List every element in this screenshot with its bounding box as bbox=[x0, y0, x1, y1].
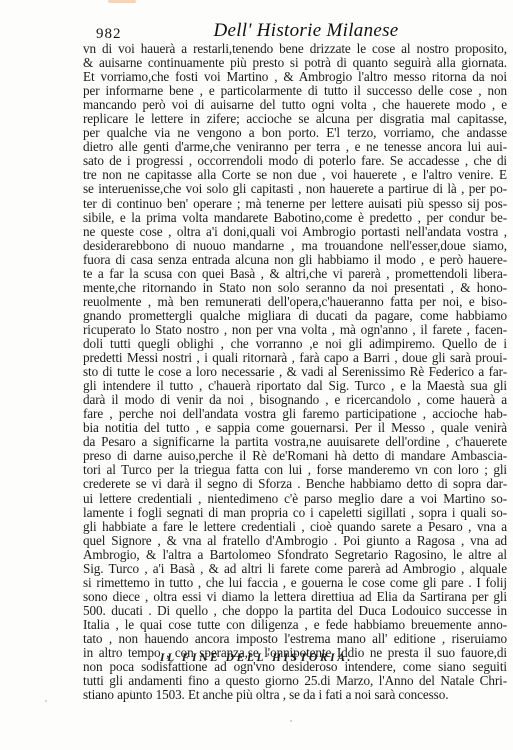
text-line: fare , perche noi dell'andata vostra gli… bbox=[83, 407, 507, 421]
text-line: gnando promettergli qualche migliara di … bbox=[83, 309, 507, 323]
text-line: gli intendere il tutto , c'hauerà riport… bbox=[83, 379, 507, 393]
text-line: mancando però voi di auisarne del tutto … bbox=[83, 98, 507, 112]
text-line: crederete se vi darà il segno di Sforza … bbox=[83, 477, 507, 491]
text-line: tori al Turco per la triegua fatta con l… bbox=[83, 463, 507, 477]
text-line: sono diece , oltra essi vi diamo la lett… bbox=[83, 590, 507, 604]
body-text: vn di voi hauerà a restarli,tenendo bene… bbox=[83, 42, 507, 702]
text-line: gli habbiate a fare le lettere credentia… bbox=[83, 520, 507, 534]
text-line: da Pesaro a significarne la partita vost… bbox=[83, 435, 507, 449]
text-line: darà il modo di venir da noi , bisognand… bbox=[83, 393, 507, 407]
colophon: IL FINE DELL'HISTORIA. bbox=[0, 652, 513, 664]
running-head: 982 Dell' Historie Milanese bbox=[96, 20, 504, 44]
text-line: Et vorriamo,che fosti voi Martino , & Am… bbox=[83, 70, 507, 84]
paper-speck bbox=[130, 690, 132, 692]
text-line: ui lettere credentiali , nientedimeno c'… bbox=[83, 492, 507, 506]
text-line: te a far la scusa con quei Basà , & altr… bbox=[83, 267, 507, 281]
text-line: per informarne bene , e particolarmente … bbox=[83, 84, 507, 98]
text-line: bia notitia del tutto , e sappia come go… bbox=[83, 421, 507, 435]
text-line: tato , non hauendo ancora imposto l'estr… bbox=[83, 632, 507, 646]
book-page: 982 Dell' Historie Milanese vn di voi ha… bbox=[0, 0, 513, 750]
text-line: stiano apunto 1503. Et anche più oltra ,… bbox=[83, 688, 507, 702]
text-line: doli tutti quegli oblighi , che vorranno… bbox=[83, 337, 507, 351]
text-line: & auisarne continuamente più presto si p… bbox=[83, 56, 507, 70]
text-line: tutti gli andamenti fino a questo giorno… bbox=[83, 674, 507, 688]
text-line: preso di darne auiso,perche il Rè de'Rom… bbox=[83, 449, 507, 463]
paper-speck bbox=[45, 700, 47, 702]
text-line: sibile, e la prima volta mandarete Babot… bbox=[83, 211, 507, 225]
text-line: dietro alle genti d'arme,che veniranno p… bbox=[83, 140, 507, 154]
text-line: si rimettemo in tutto , che lui faccia ,… bbox=[83, 576, 507, 590]
running-title: Dell' Historie Milanese bbox=[156, 20, 456, 42]
text-line: replicare le lettere in zifere; accioche… bbox=[83, 112, 507, 126]
paper-stain bbox=[108, 0, 136, 3]
text-line: quel Signore , & vna al fratello d'Ambro… bbox=[83, 534, 507, 548]
paper-speck bbox=[448, 655, 450, 657]
text-line: ne queste cose , oltra a'i doni,quali vo… bbox=[83, 225, 507, 239]
text-line: fuora di casa senza entrada alcuna non g… bbox=[83, 253, 507, 267]
text-line: tre non ne capitasse alla Corte se non d… bbox=[83, 168, 507, 182]
page-number: 982 bbox=[96, 26, 122, 43]
text-line: lamente i fogli segnati di man propria c… bbox=[83, 506, 507, 520]
text-line: ricuperato lo Stato nostro , non per vna… bbox=[83, 323, 507, 337]
text-line: predetti Messi nostri , i quali ritornar… bbox=[83, 351, 507, 365]
text-line: vn di voi hauerà a restarli,tenendo bene… bbox=[83, 42, 507, 56]
text-line: reuolmente , mà ben remunerati dell'oper… bbox=[83, 295, 507, 309]
text-line: ter di continuo ben' operare ; mà tenern… bbox=[83, 197, 507, 211]
text-line: sato de i progressi , occorrendoli modo … bbox=[83, 154, 507, 168]
text-line: se interuenisse,che voi solo gli capitas… bbox=[83, 182, 507, 196]
paper-speck bbox=[290, 720, 292, 722]
text-line: mente,che ritornando in Stato non solo s… bbox=[83, 281, 507, 295]
text-line: sto di tutte le cose a loro necessarie ,… bbox=[83, 365, 507, 379]
text-line: Ambrogio, & l'altra a Bartolomeo Sfondra… bbox=[83, 548, 507, 562]
text-line: Italia , le quai cose tutte con diligenz… bbox=[83, 618, 507, 632]
text-line: per qualche via ne vengono a bon porto. … bbox=[83, 126, 507, 140]
text-line: desiderarebbono di nuouo mandarne , ma t… bbox=[83, 239, 507, 253]
text-line: 500. ducati . Di quello , che doppo la p… bbox=[83, 604, 507, 618]
text-line: Sig. Turco , a'i Basà , & ad altri li fa… bbox=[83, 562, 507, 576]
